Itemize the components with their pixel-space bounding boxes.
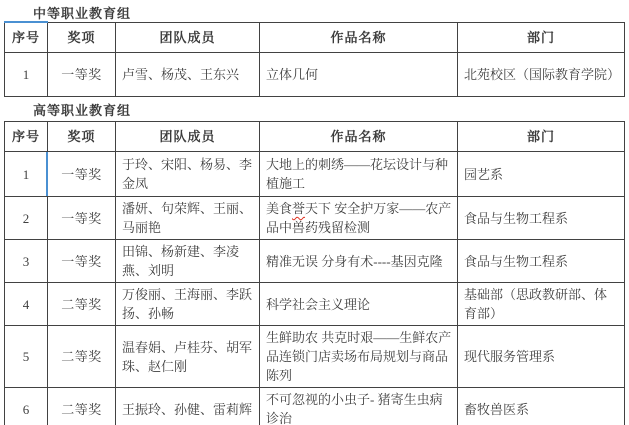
- cell-team: 万俊丽、王海丽、李跃扬、孙畅: [116, 283, 260, 326]
- cell-award: 一等奖: [48, 152, 116, 197]
- cell-work: 大地上的刺绣——花坛设计与种植施工: [260, 152, 458, 197]
- group1-title: 中等职业教育组: [33, 3, 131, 22]
- cell-team: 于玲、宋阳、杨易、李金凤: [116, 152, 260, 197]
- cell-team: 卢雪、杨茂、王东兴: [116, 53, 260, 97]
- cell-dept: 食品与生物工程系: [458, 197, 625, 240]
- cell-award: 二等奖: [48, 283, 116, 326]
- cell-index: 1: [5, 53, 48, 97]
- work-text: 美食: [266, 201, 292, 216]
- cell-dept: 北苑校区（国际教育学院）: [458, 53, 625, 97]
- cell-work: 精准无误 分身有术----基因克隆: [260, 240, 458, 283]
- cell-index: 4: [5, 283, 48, 326]
- cursor-selected-border-top-artifact: [4, 21, 48, 23]
- col-header-award: 奖项: [48, 122, 116, 152]
- col-header-dept: 部门: [458, 122, 625, 152]
- cell-dept: 食品与生物工程系: [458, 240, 625, 283]
- group2-awards-table: 序号 奖项 团队成员 作品名称 部门 1 一等奖 于玲、宋阳、杨易、李金凤 大地…: [4, 121, 625, 425]
- cell-award: 一等奖: [48, 197, 116, 240]
- cell-dept: 基础部（思政教研部、体育部）: [458, 283, 625, 326]
- cell-award: 二等奖: [48, 388, 116, 425]
- col-header-team: 团队成员: [116, 122, 260, 152]
- group1-header-row: 序号 奖项 团队成员 作品名称 部门: [5, 23, 625, 53]
- cell-work: 生鲜助农 共克时艰——生鲜农产品连锁门店卖场布局规划与商品陈列: [260, 326, 458, 388]
- table-row: 1 一等奖 于玲、宋阳、杨易、李金凤 大地上的刺绣——花坛设计与种植施工 园艺系: [5, 152, 625, 197]
- col-header-index: 序号: [5, 23, 48, 53]
- col-header-work: 作品名称: [260, 23, 458, 53]
- group2-title: 高等职业教育组: [33, 100, 131, 119]
- group2-header-row: 序号 奖项 团队成员 作品名称 部门: [5, 122, 625, 152]
- cell-index: 1: [5, 152, 48, 197]
- cell-work: 不可忽视的小虫子- 猪寄生虫病诊治: [260, 388, 458, 425]
- cursor-selected-border-vertical-artifact: [46, 152, 48, 196]
- col-header-dept: 部门: [458, 23, 625, 53]
- cell-work: 立体几何: [260, 53, 458, 97]
- cell-index: 6: [5, 388, 48, 425]
- table-row: 6 二等奖 王振玲、孙健、雷莉辉 不可忽视的小虫子- 猪寄生虫病诊治 畜牧兽医系: [5, 388, 625, 425]
- cell-award: 二等奖: [48, 326, 116, 388]
- cell-index: 5: [5, 326, 48, 388]
- cell-team: 温春娟、卢桂芬、胡军珠、赵仁刚: [116, 326, 260, 388]
- cell-dept: 畜牧兽医系: [458, 388, 625, 425]
- group1-awards-table: 序号 奖项 团队成员 作品名称 部门 1 一等奖 卢雪、杨茂、王东兴 立体几何 …: [4, 22, 625, 97]
- cell-work: 科学社会主义理论: [260, 283, 458, 326]
- col-header-work: 作品名称: [260, 122, 458, 152]
- cell-work: 美食誉天下 安全护万家——农产品中兽药残留检测: [260, 197, 458, 240]
- col-header-team: 团队成员: [116, 23, 260, 53]
- cell-dept: 园艺系: [458, 152, 625, 197]
- cell-dept: 现代服务管理系: [458, 326, 625, 388]
- spellcheck-underline-text: 誉: [292, 201, 305, 216]
- table-row: 3 一等奖 田锦、杨新建、李凌燕、刘明 精准无误 分身有术----基因克隆 食品…: [5, 240, 625, 283]
- cell-award: 一等奖: [48, 240, 116, 283]
- cell-index: 2: [5, 197, 48, 240]
- cell-team: 潘妍、句荣辉、王丽、马丽艳: [116, 197, 260, 240]
- col-header-award: 奖项: [48, 23, 116, 53]
- col-header-index: 序号: [5, 122, 48, 152]
- document-page: 中等职业教育组 序号 奖项 团队成员 作品名称 部门 1 一等奖 卢雪、杨茂、王…: [0, 0, 629, 425]
- cell-team: 田锦、杨新建、李凌燕、刘明: [116, 240, 260, 283]
- cell-award: 一等奖: [48, 53, 116, 97]
- table-row: 4 二等奖 万俊丽、王海丽、李跃扬、孙畅 科学社会主义理论 基础部（思政教研部、…: [5, 283, 625, 326]
- cell-index: 3: [5, 240, 48, 283]
- table-row: 2 一等奖 潘妍、句荣辉、王丽、马丽艳 美食誉天下 安全护万家——农产品中兽药残…: [5, 197, 625, 240]
- table-row: 5 二等奖 温春娟、卢桂芬、胡军珠、赵仁刚 生鲜助农 共克时艰——生鲜农产品连锁…: [5, 326, 625, 388]
- cell-team: 王振玲、孙健、雷莉辉: [116, 388, 260, 425]
- table-row: 1 一等奖 卢雪、杨茂、王东兴 立体几何 北苑校区（国际教育学院）: [5, 53, 625, 97]
